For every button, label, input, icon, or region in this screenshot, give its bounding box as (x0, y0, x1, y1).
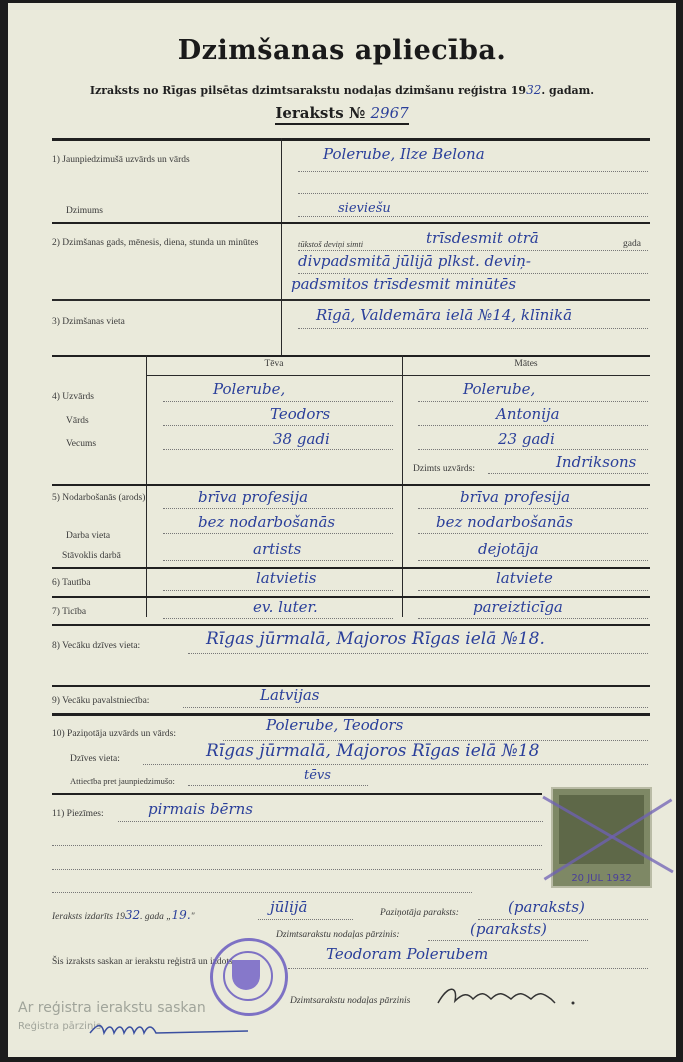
birth-date-label: 2) Dzimšanas gads, mēnesis, diena, stund… (52, 237, 277, 250)
nationality-label: 6) Tautība (52, 578, 90, 588)
clerk-signature-icon (88, 1019, 258, 1039)
residence-label: 8) Vecāku dzīves vieta: (52, 641, 140, 651)
father-occupation: brīva profesija (198, 488, 308, 506)
birth-date-line3: padsmitos trīsdesmit minūtēs (291, 275, 516, 293)
citizenship-value: Latvijas (260, 686, 320, 704)
child-name-label: 1) Jaunpiedzimušā uzvārds un vārds (52, 155, 190, 165)
mother-workplace: bez nodarbošanās (436, 513, 573, 531)
sex-value: sieviešu (338, 201, 391, 216)
entry-made-prefix: Ieraksts izdarīts 19 (52, 912, 125, 922)
father-workplace: bez nodarbošanās (198, 513, 335, 531)
informant-signature-label: Paziņotāja paraksts: (380, 908, 459, 918)
entry-month: jūlijā (270, 898, 308, 916)
birth-place-value: Rīgā, Valdemāra ielā №14, klīnikā (316, 306, 572, 324)
workplace-label: Darba vieta (66, 531, 110, 541)
mother-work-status: dejotāja (478, 540, 539, 558)
citizenship-label: 9) Vecāku pavalstniecība: (52, 696, 149, 706)
birth-date-line1: trīsdesmit otrā (426, 229, 539, 247)
father-work-status: artists (253, 540, 301, 558)
entry-made-line: Ieraksts izdarīts 1932. gada „19." (52, 908, 195, 922)
age-label: Vecums (66, 439, 96, 449)
subtitle-prefix: Izraksts no Rīgas pilsētas dzimtsarakstu… (90, 84, 526, 97)
entry-made-mid: . gada „ (140, 912, 171, 922)
entry-number-line: Ieraksts № 2967 (8, 104, 676, 122)
work-status-label: Stāvoklis darbā (62, 551, 121, 561)
entry-number: 2967 (370, 104, 408, 122)
surname-label: 4) Uzvārds (52, 392, 94, 402)
child-name-value: Polerube, Ilze Belona (323, 145, 485, 163)
informant-signature-value: (paraksts) (508, 898, 585, 916)
mother-religion: pareizticīga (473, 598, 563, 616)
mother-nationality: latviete (496, 569, 553, 587)
religion-label: 7) Ticība (52, 607, 86, 617)
informant-address-label: Dzīves vieta: (70, 754, 120, 764)
father-religion: ev. luter. (253, 598, 318, 616)
mother-surname: Polerube, (463, 380, 535, 398)
informant-relation-value: tēvs (304, 768, 331, 783)
entry-made-mid2: " (191, 912, 195, 922)
sex-label: Dzimums (66, 206, 103, 216)
informant-label: 10) Paziņotāja uzvārds un vārds: (52, 729, 176, 739)
mother-column-header: Mātes (402, 359, 650, 369)
subtitle-year: 32 (526, 83, 541, 97)
entry-label: Ieraksts № (275, 104, 365, 122)
birth-place-label: 3) Dzimšanas vieta (52, 317, 125, 327)
head-registrar-label: Dzimtsarakstu nodaļas pārzinis (290, 996, 410, 1006)
faded-confirmation-text: Ar reģistra ierakstu saskan (18, 1000, 206, 1016)
registrar-value: (paraksts) (470, 920, 547, 938)
mother-age: 23 gadi (498, 430, 555, 448)
informant-relation-label: Attiecība pret jaunpiedzimušo: (70, 776, 175, 786)
issued-to: Teodoram Polerubem (326, 945, 488, 963)
subtitle-suffix: . gadam. (541, 84, 594, 97)
mother-maiden-name: Indriksons (556, 453, 636, 471)
father-surname: Polerube, (213, 380, 285, 398)
notes-value: pirmais bērns (148, 800, 253, 818)
entry-day: 19. (172, 908, 191, 922)
birth-certificate: Dzimšanas apliecība. Izraksts no Rīgas p… (8, 3, 676, 1057)
mother-occupation: brīva profesija (460, 488, 570, 506)
document-subtitle: Izraksts no Rīgas pilsētas dzimtsarakstu… (8, 83, 676, 97)
official-seal (210, 938, 288, 1016)
document-title: Dzimšanas apliecība. (8, 35, 676, 66)
birth-date-printed-prefix: tūkstoš deviņi simti (298, 239, 363, 249)
father-age: 38 gadi (273, 430, 330, 448)
entry-year: 32 (125, 908, 140, 922)
informant-value: Polerube, Teodors (266, 716, 403, 734)
registrar-signature-icon (433, 983, 583, 1009)
occupation-label: 5) Nodarbošanās (arods) (52, 492, 145, 504)
notes-label: 11) Piezīmes: (52, 809, 104, 819)
father-column-header: Tēva (146, 359, 402, 369)
stamp-cancel-date: 20 JUL 1932 (553, 873, 650, 884)
riga-coat-of-arms-icon (232, 960, 260, 990)
mother-first-name: Antonija (496, 405, 560, 423)
first-name-label: Vārds (66, 416, 89, 426)
birth-date-printed-suffix: gada (623, 239, 641, 249)
registrar-label: Dzimtsarakstu nodaļas pārzinis: (276, 930, 400, 940)
birth-date-line2: divpadsmitā jūlijā plkst. deviņ- (298, 252, 531, 270)
revenue-stamp: 20 JUL 1932 (551, 787, 652, 888)
father-first-name: Teodors (270, 405, 330, 423)
informant-address-value: Rīgas jūrmalā, Majoros Rīgas ielā №18 (206, 741, 539, 761)
maiden-name-label: Dzimts uzvārds: (413, 464, 475, 474)
residence-value: Rīgas jūrmalā, Majoros Rīgas ielā №18. (206, 629, 545, 649)
issued-label: Šis izraksts saskan ar ierakstu reģistrā… (52, 957, 233, 967)
father-nationality: latvietis (256, 569, 316, 587)
